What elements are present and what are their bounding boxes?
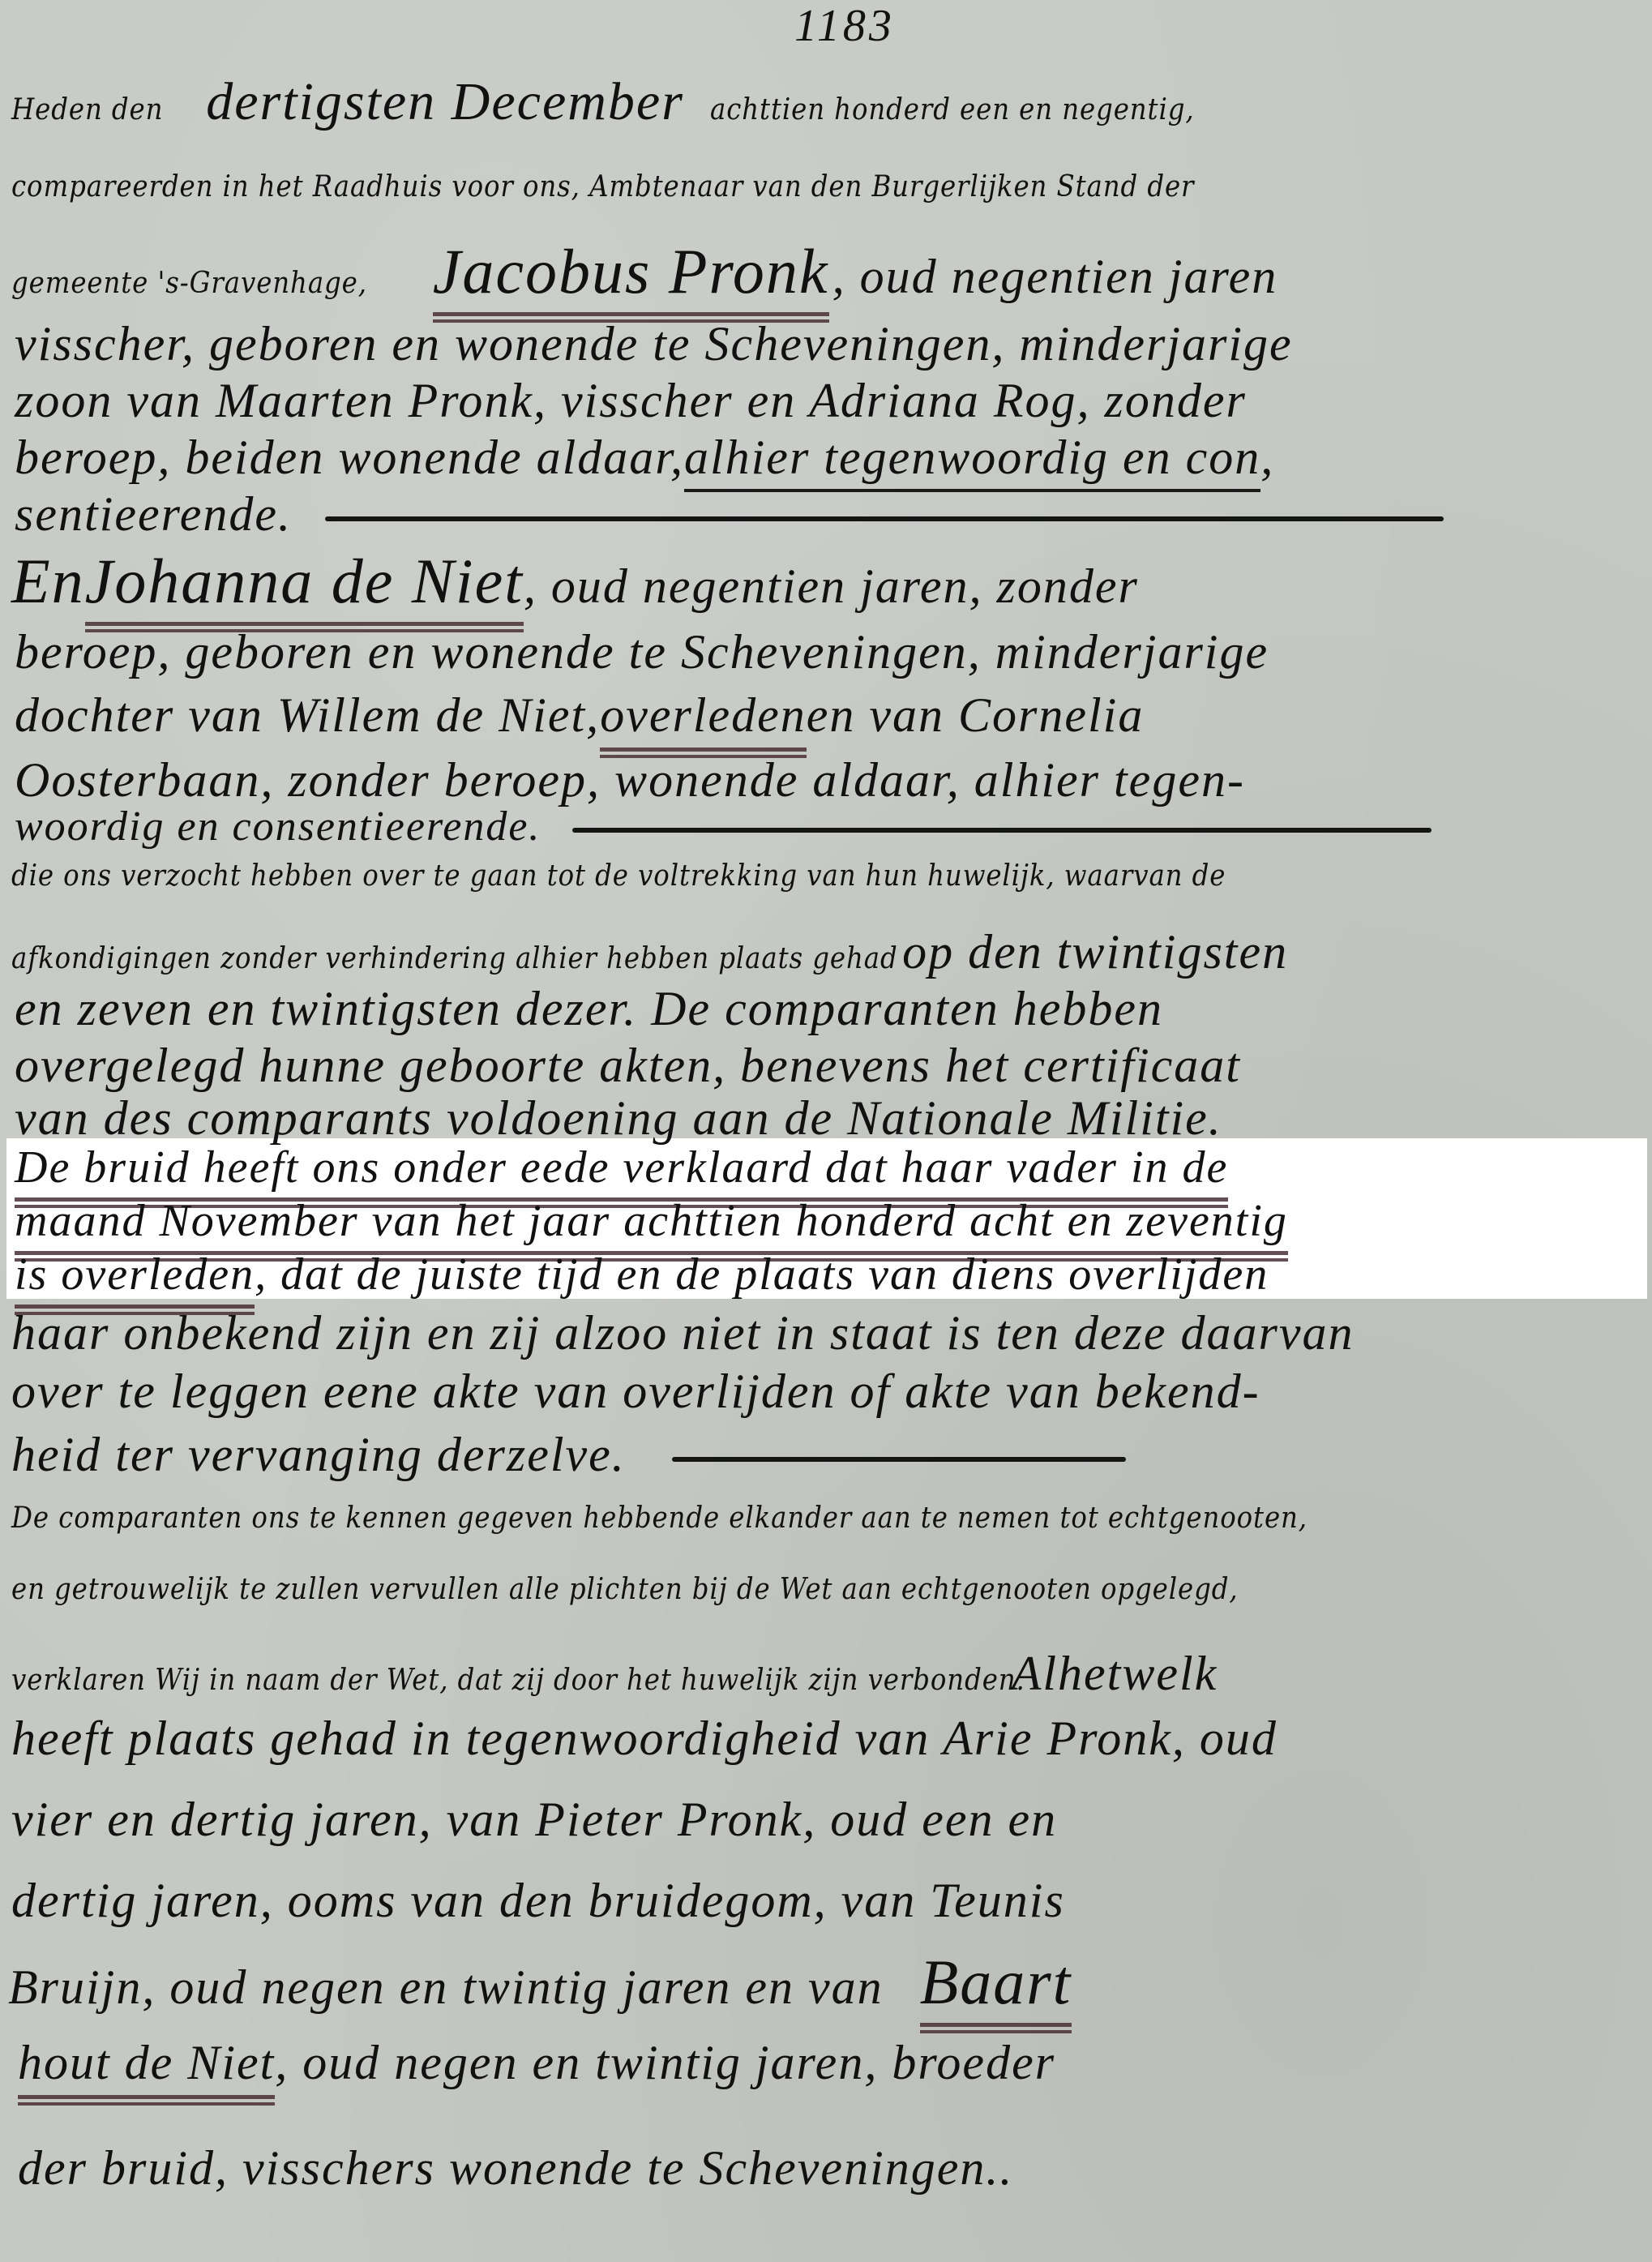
groom-name: Jacobus Pronk (433, 235, 829, 308)
record-line-5: zoon van Maarten Pronk, visscher en Adri… (15, 373, 1652, 429)
record-line-24: De comparanten ons te kennen gegeven heb… (11, 1502, 1652, 1535)
handwritten-text: En (11, 545, 85, 618)
highlighted-text: De bruid heeft ons onder eede verklaard … (15, 1142, 1228, 1193)
handwritten-text: , (1260, 430, 1274, 486)
printed-text: achttien honderd een en negentig, (710, 93, 1195, 126)
printed-text: verklaren Wij in naam der Wet, dat zij d… (11, 1664, 1025, 1697)
handwritten-text: , oud negentien jaren, zonder (524, 559, 1139, 615)
handwritten-text: Bruijn, oud negen en twintig jaren en va… (8, 1960, 884, 2016)
record-line-17: van des comparants voldoening aan de Nat… (15, 1090, 1652, 1146)
printed-text: afkondigingen zonder verhindering alhier… (11, 942, 898, 975)
record-line-10: dochter van Willem de Niet, overleden en… (15, 688, 1652, 743)
record-line-3: gemeente 's-Gravenhage, Jacobus Pronk , … (11, 235, 1652, 308)
record-line-28: vier en dertig jaren, van Pieter Pronk, … (11, 1792, 1652, 1848)
printed-text: De comparanten ons te kennen gegeven heb… (11, 1502, 1307, 1535)
highlighted-text: maand November van het jaar achttien hon… (15, 1195, 1288, 1247)
record-line-26: verklaren Wij in naam der Wet, dat zij d… (11, 1646, 1652, 1702)
record-line-29: dertig jaren, ooms van den bruidegom, va… (11, 1873, 1652, 1929)
highlighted-text: , dat de juiste tijd en de plaats van di… (255, 1249, 1269, 1300)
underlined-text: alhier tegenwoordig en con (684, 430, 1260, 492)
record-line-31: hout de Niet, oud negen en twintig jaren… (18, 2035, 1652, 2091)
record-line-12: woordig en consentieerende. (15, 803, 1652, 850)
record-line-21: haar onbekend zijn en zij alzoo niet in … (11, 1305, 1652, 1361)
handwritten-text: heid ter vervanging derzelve. (11, 1427, 626, 1483)
printed-text: gemeente 's-Gravenhage, (11, 267, 367, 300)
handwritten-text: overgelegd hunne geboorte akten, beneven… (15, 1038, 1241, 1094)
line-filler-rule (325, 516, 1444, 521)
handwritten-text: heeft plaats gehad in tegenwoordigheid v… (11, 1711, 1278, 1767)
record-line-16: overgelegd hunne geboorte akten, beneven… (15, 1038, 1652, 1094)
highlighted-line-1: De bruid heeft ons onder eede verklaard … (15, 1142, 1652, 1193)
printed-text: die ons verzocht hebben over te gaan tot… (11, 859, 1226, 893)
record-line-6: beroep, beiden wonende aldaar, alhier te… (15, 430, 1652, 492)
record-line-4: visscher, geboren en wonende te Scheveni… (15, 316, 1652, 372)
line-filler-rule (672, 1457, 1126, 1462)
record-line-23: heid ter vervanging derzelve. (11, 1427, 1652, 1483)
handwritten-text: dertig jaren, ooms van den bruidegom, va… (11, 1873, 1065, 1929)
printed-text: en getrouwelijk te zullen vervullen alle… (11, 1573, 1239, 1606)
handwritten-text: en zeven en twintigsten dezer. De compar… (15, 981, 1163, 1037)
record-line-8: En Johanna de Niet, oud negentien jaren,… (11, 545, 1652, 618)
underlined-text: is overleden (15, 1249, 255, 1300)
line-filler-rule (572, 828, 1432, 833)
record-line-22: over te leggen eene akte van overlijden … (11, 1364, 1652, 1420)
handwritten-text: Oosterbaan, zonder beroep, wonende aldaa… (15, 752, 1245, 808)
handwritten-text: der bruid, visschers wonende te Scheveni… (18, 2140, 1013, 2196)
printed-text: Heden den (11, 93, 163, 126)
handwritten-text: en van Cornelia (807, 688, 1145, 743)
handwritten-text: zoon van Maarten Pronk, visscher en Adri… (15, 373, 1247, 429)
handwritten-text: , oud negentien jaren (832, 249, 1278, 305)
handwritten-text: haar onbekend zijn en zij alzoo niet in … (11, 1305, 1355, 1361)
record-line-11: Oosterbaan, zonder beroep, wonende aldaa… (15, 752, 1652, 808)
witness-name-underlined: hout de Niet (18, 2035, 275, 2091)
record-line-7: sentieerende. (15, 486, 1652, 542)
handwritten-text: over te leggen eene akte van overlijden … (11, 1364, 1260, 1420)
record-line-9: beroep, geboren en wonende te Schevening… (15, 624, 1652, 680)
handwritten-text: , oud negen en twintig jaren, broeder (275, 2035, 1055, 2091)
handwritten-text: op den twintigsten (902, 924, 1288, 980)
record-line-25: en getrouwelijk te zullen vervullen alle… (11, 1573, 1652, 1606)
record-line-15: en zeven en twintigsten dezer. De compar… (15, 981, 1652, 1037)
handwritten-text: sentieerende. (15, 486, 292, 542)
handwritten-text: woordig en consentieerende. (15, 803, 541, 850)
highlighted-line-2: maand November van het jaar achttien hon… (15, 1195, 1652, 1247)
highlighted-line-3: is overleden, dat de juiste tijd en de p… (15, 1249, 1652, 1300)
record-line-13: die ons verzocht hebben over te gaan tot… (11, 859, 1652, 893)
handwritten-text: vier en dertig jaren, van Pieter Pronk, … (11, 1792, 1057, 1848)
record-line-14: afkondigingen zonder verhindering alhier… (11, 924, 1652, 980)
record-line-1: Heden den dertigsten December achttien h… (11, 71, 1652, 133)
record-line-27: heeft plaats gehad in tegenwoordigheid v… (11, 1711, 1652, 1767)
record-line-30: Bruijn, oud negen en twintig jaren en va… (8, 1946, 1652, 2019)
bride-name: Johanna de Niet (85, 545, 524, 618)
handwritten-text: visscher, geboren en wonende te Scheveni… (15, 316, 1293, 372)
page-number: 1183 (794, 0, 895, 52)
handwritten-text: beroep, beiden wonende aldaar, (15, 430, 684, 486)
underlined-text: overleden (600, 688, 807, 743)
handwritten-text: van des comparants voldoening aan de Nat… (15, 1090, 1222, 1146)
record-line-32: der bruid, visschers wonende te Scheveni… (18, 2140, 1652, 2196)
printed-text: compareerden in het Raadhuis voor ons, A… (11, 170, 1194, 203)
handwritten-text: dochter van Willem de Niet, (15, 688, 600, 743)
handwritten-text: Alhetwelk (1012, 1646, 1218, 1702)
record-line-2: compareerden in het Raadhuis voor ons, A… (11, 170, 1652, 203)
civil-record-page: 1183 Heden den dertigsten December achtt… (0, 0, 1652, 2262)
handwritten-text: beroep, geboren en wonende te Schevening… (15, 624, 1269, 680)
witness-name-underlined: Baart (920, 1946, 1072, 2019)
date-handwritten: dertigsten December (206, 71, 684, 133)
